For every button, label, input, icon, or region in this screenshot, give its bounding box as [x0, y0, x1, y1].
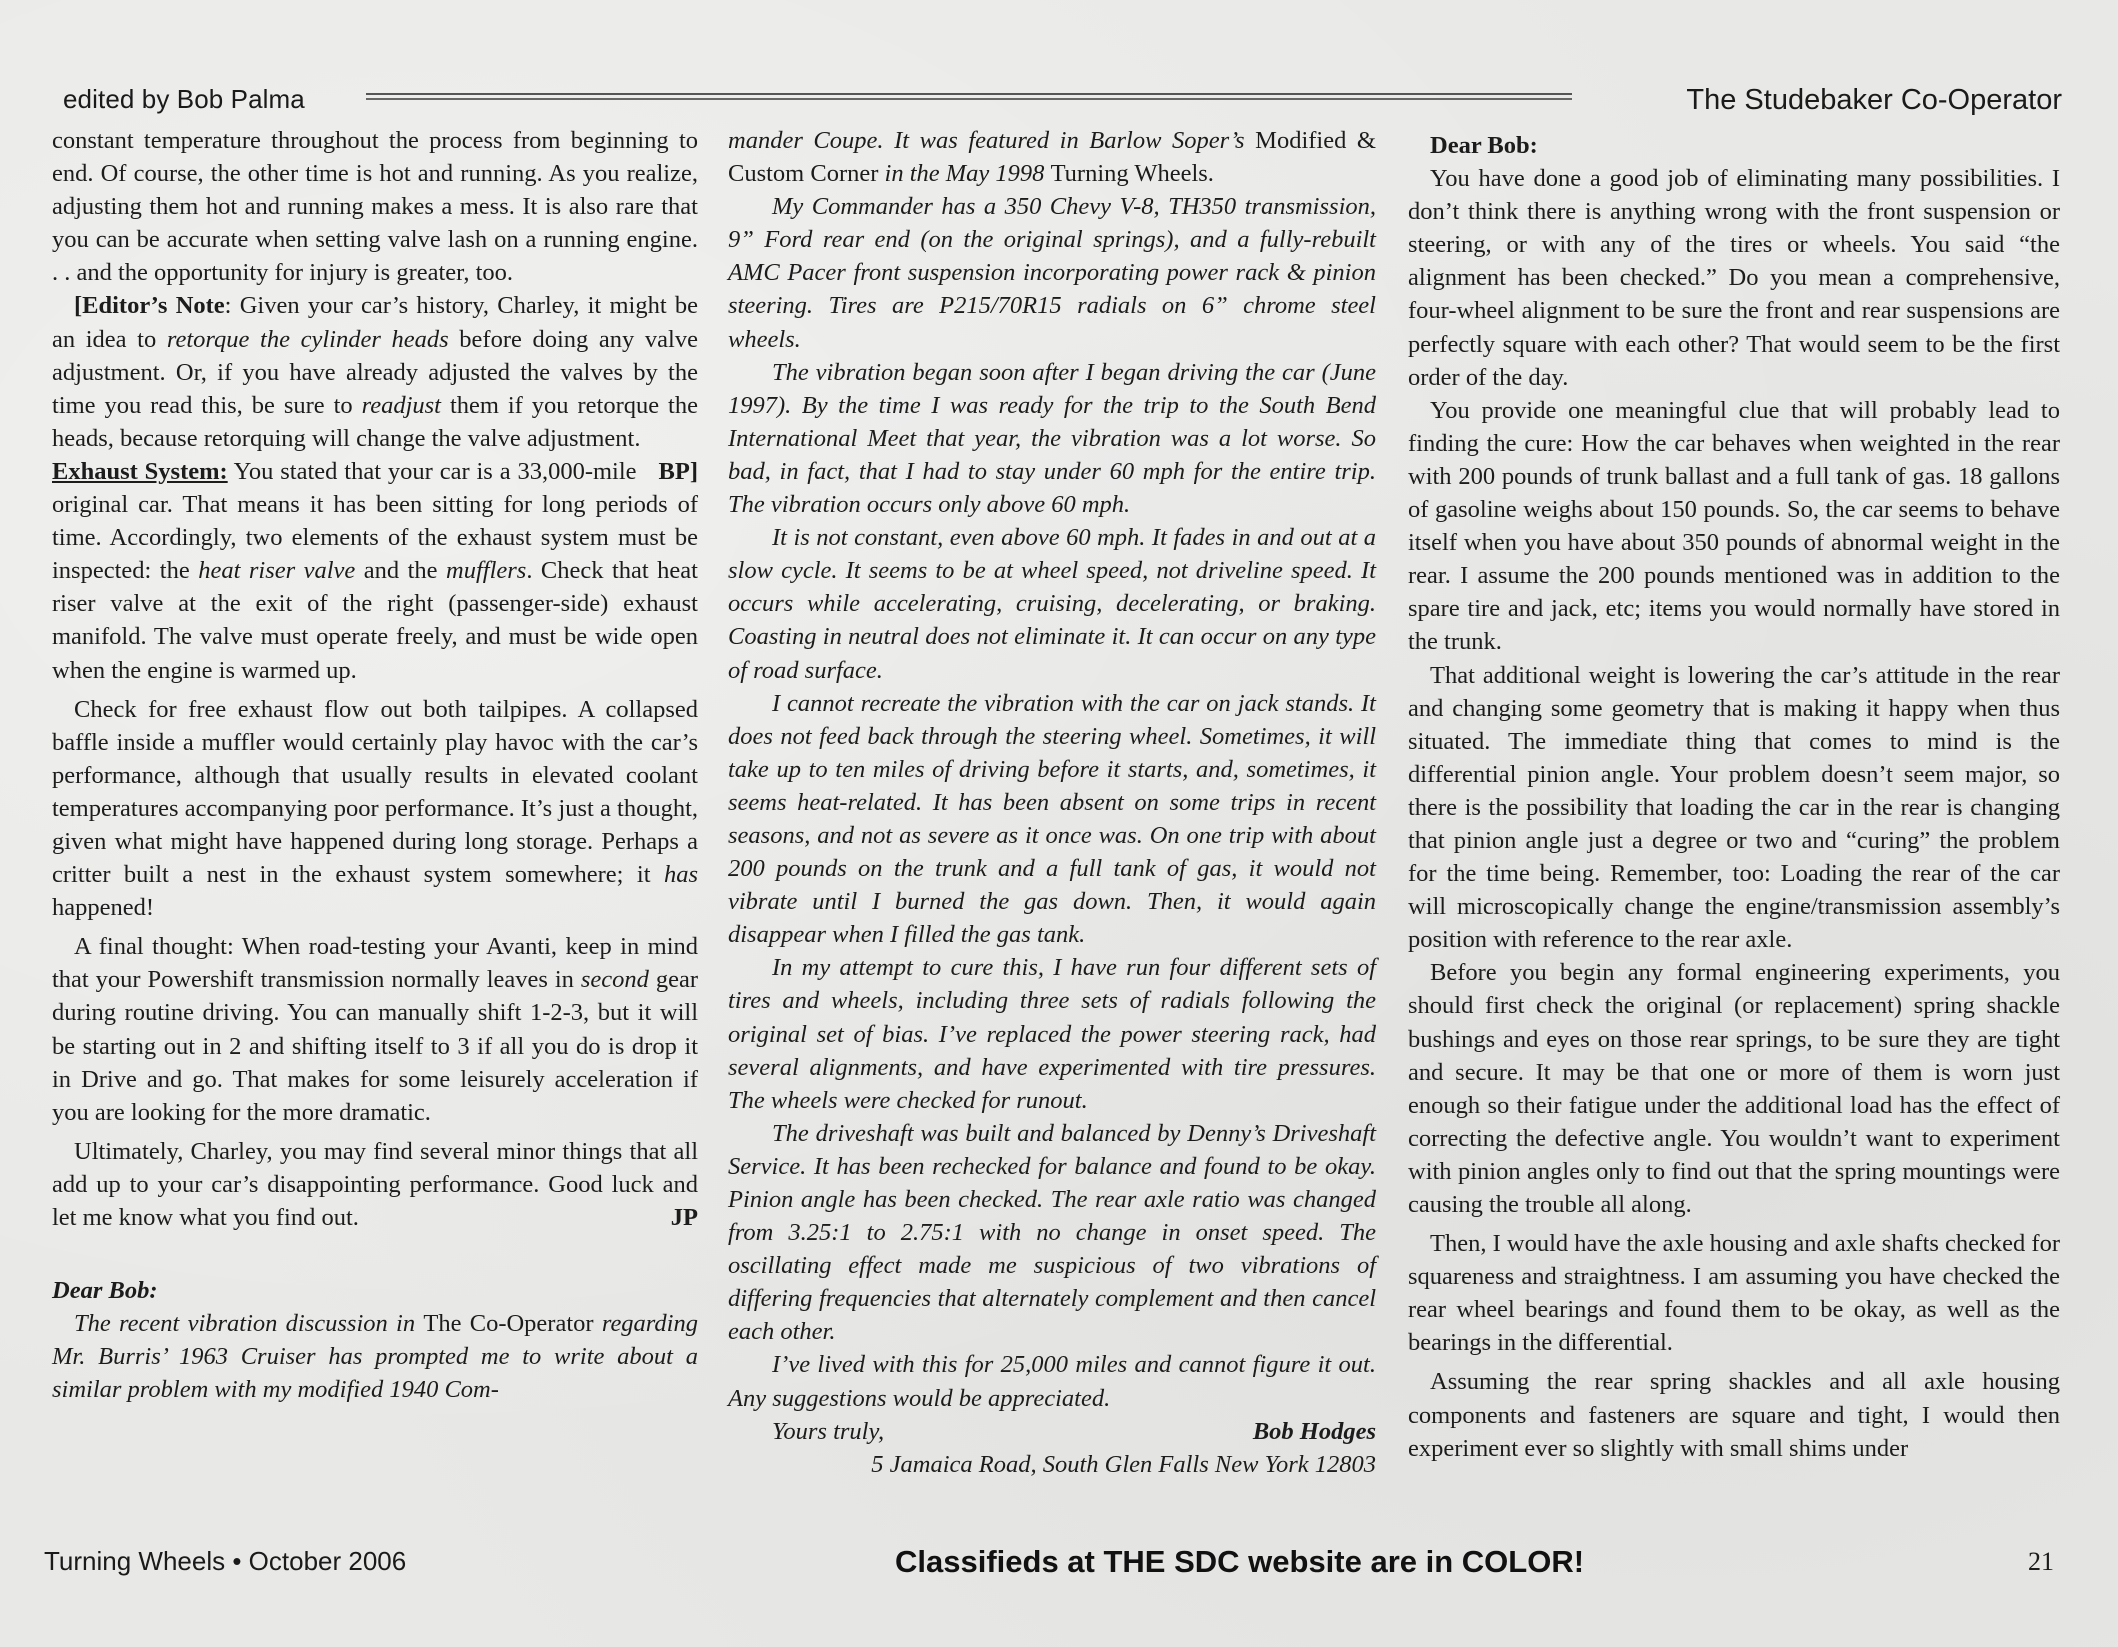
column-2: mander Coupe. It was featured in Barlow … [728, 124, 1376, 1481]
header-double-rule [366, 93, 1572, 100]
classifieds-banner: Classifieds at THE SDC website are in CO… [895, 1544, 1584, 1580]
paragraph: Check for free exhaust flow out both tai… [52, 693, 698, 925]
letter-salutation: Dear Bob: [52, 1274, 698, 1307]
letter-paragraph: The driveshaft was built and balanced by… [728, 1117, 1376, 1349]
paragraph: A final thought: When road-testing your … [52, 930, 698, 1129]
letter-paragraph: I’ve lived with this for 25,000 miles an… [728, 1348, 1376, 1414]
letter-paragraph: My Commander has a 350 Chevy V-8, TH350 … [728, 190, 1376, 355]
reply-paragraph: Then, I would have the axle housing and … [1408, 1227, 2060, 1359]
letter-paragraph: The recent vibration discussion in The C… [52, 1307, 698, 1406]
letter-address: 5 Jamaica Road, South Glen Falls New Yor… [728, 1448, 1376, 1481]
publication-date-footer: Turning Wheels • October 2006 [44, 1546, 406, 1577]
letter-closing: Yours truly,Bob Hodges [728, 1415, 1376, 1448]
page-number: 21 [2028, 1547, 2054, 1577]
letter-paragraph: The vibration began soon after I began d… [728, 356, 1376, 521]
reply-paragraph: That additional weight is lowering the c… [1408, 659, 2060, 957]
section-editor-credit: edited by Bob Palma [63, 84, 305, 115]
letter-paragraph: It is not constant, even above 60 mph. I… [728, 521, 1376, 686]
letter-signature: Bob Hodges [1209, 1415, 1376, 1448]
section-heading: Exhaust System: [52, 458, 228, 485]
reply-salutation: Dear Bob: [1408, 129, 2060, 162]
column-1: constant temperature throughout the proc… [52, 124, 698, 1406]
editor-initials: BP] [637, 455, 698, 488]
reply-paragraph: You have done a good job of eliminating … [1408, 162, 2060, 394]
exhaust-system-section: Exhaust System: You stated that your car… [52, 455, 698, 687]
publication-name: The Co-Operator [423, 1310, 593, 1337]
letter-paragraph: mander Coupe. It was featured in Barlow … [728, 124, 1376, 190]
column-3: Dear Bob: You have done a good job of el… [1408, 129, 2060, 1465]
editors-note: [Editor’s Note: Given your car’s history… [52, 289, 698, 454]
letter-paragraph: I cannot recreate the vibration with the… [728, 687, 1376, 952]
reply-paragraph: Before you begin any formal engineering … [1408, 956, 2060, 1221]
letter-paragraph: In my attempt to cure this, I have run f… [728, 951, 1376, 1116]
column-title: The Studebaker Co-Operator [1686, 84, 2062, 117]
paragraph: constant temperature throughout the proc… [52, 124, 698, 289]
paragraph: Ultimately, Charley, you may find severa… [52, 1135, 698, 1234]
reply-paragraph: Assuming the rear spring shackles and al… [1408, 1365, 2060, 1464]
author-initials: JP [649, 1201, 698, 1234]
reply-paragraph: You provide one meaningful clue that wil… [1408, 394, 2060, 659]
editors-note-label: [Editor’s Note [74, 292, 225, 319]
